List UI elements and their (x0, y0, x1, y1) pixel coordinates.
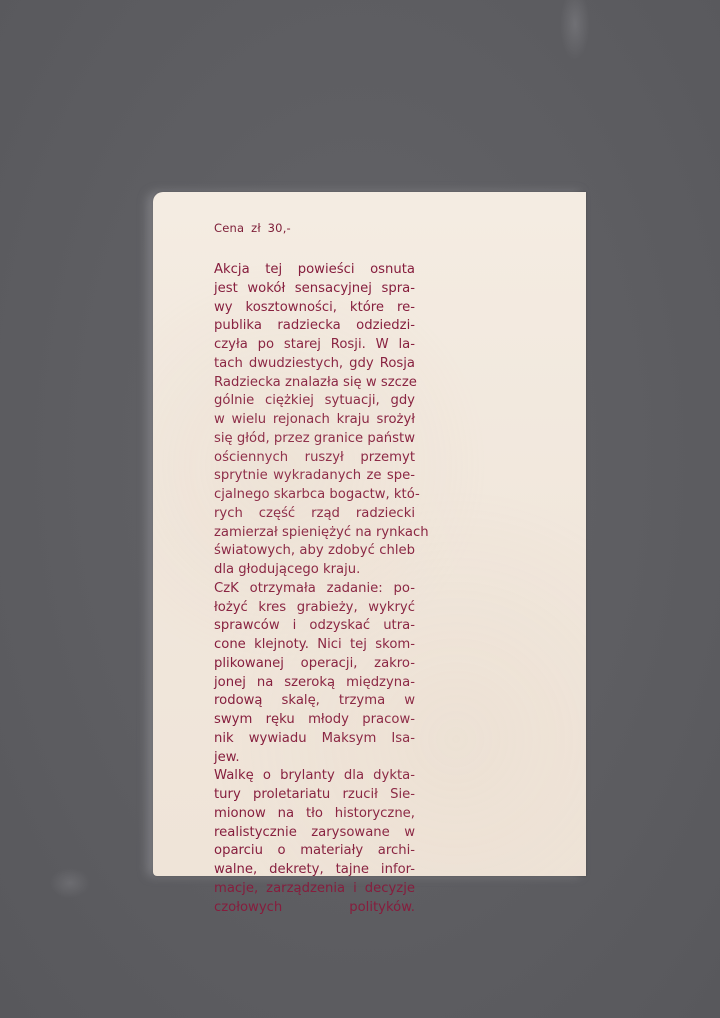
book-back-cover: Cena zł 30,- Akcja tej powieści osnutaje… (153, 192, 586, 876)
blurb-line: cjalnego skarbca bogactw, któ- (214, 486, 415, 505)
blurb-line: gólnie ciężkiej sytuacji, gdy (214, 392, 415, 411)
blurb-line: jonej na szeroką międzyna- (214, 674, 415, 693)
blurb-line: w wielu rejonach kraju srożył (214, 411, 415, 430)
blurb-line: Radziecka znalazła się w szcze (214, 374, 415, 393)
blurb-line: czyła po starej Rosji. W la- (214, 336, 415, 355)
blurb-line: dla głodującego kraju. (214, 561, 415, 580)
blurb-line: CzK otrzymała zadanie: po- (214, 580, 415, 599)
blurb-line: wy kosztowności, które re- (214, 299, 415, 318)
blurb-line: sprawców i odzyskać utra- (214, 617, 415, 636)
blurb-line: rych część rząd radziecki (214, 505, 415, 524)
blurb-line: walne, dekrety, tajne infor- (214, 861, 415, 880)
scan-smudge (560, 0, 590, 60)
blurb-line: zamierzał spieniężyć na rynkach (214, 524, 415, 543)
scan-smudge (50, 868, 90, 898)
blurb-text: Akcja tej powieści osnutajest wokół sens… (214, 261, 415, 917)
blurb-line: publika radziecka odziedzi- (214, 317, 415, 336)
blurb-line: cone klejnoty. Nici tej skom- (214, 636, 415, 655)
blurb-line: mionow na tło historyczne, (214, 805, 415, 824)
blurb-line: Akcja tej powieści osnuta (214, 261, 415, 280)
blurb-line: sprytnie wykradanych ze spe- (214, 467, 415, 486)
blurb-line: macje, zarządzenia i decyzje (214, 880, 415, 899)
price-label: Cena zł 30,- (214, 221, 291, 235)
blurb-line: łożyć kres grabieży, wykryć (214, 599, 415, 618)
blurb-line: ościennych ruszył przemyt (214, 449, 415, 468)
blurb-line: rodową skalę, trzyma w (214, 692, 415, 711)
blurb-line: swym ręku młody pracow- (214, 711, 415, 730)
blurb-line: światowych, aby zdobyć chleb (214, 542, 415, 561)
blurb-line: jew. (214, 749, 415, 768)
blurb-line: jest wokół sensacyjnej spra- (214, 280, 415, 299)
blurb-line: czołowych polityków. (214, 899, 415, 918)
blurb-line: Walkę o brylanty dla dykta- (214, 767, 415, 786)
blurb-line: realistycznie zarysowane w (214, 824, 415, 843)
blurb-line: nik wywiadu Maksym Isa- (214, 730, 415, 749)
blurb-line: oparciu o materiały archi- (214, 842, 415, 861)
blurb-line: plikowanej operacji, zakro- (214, 655, 415, 674)
blurb-line: tach dwudziestych, gdy Rosja (214, 355, 415, 374)
blurb-line: się głód, przez granice państw (214, 430, 415, 449)
blurb-line: tury proletariatu rzucił Sie- (214, 786, 415, 805)
